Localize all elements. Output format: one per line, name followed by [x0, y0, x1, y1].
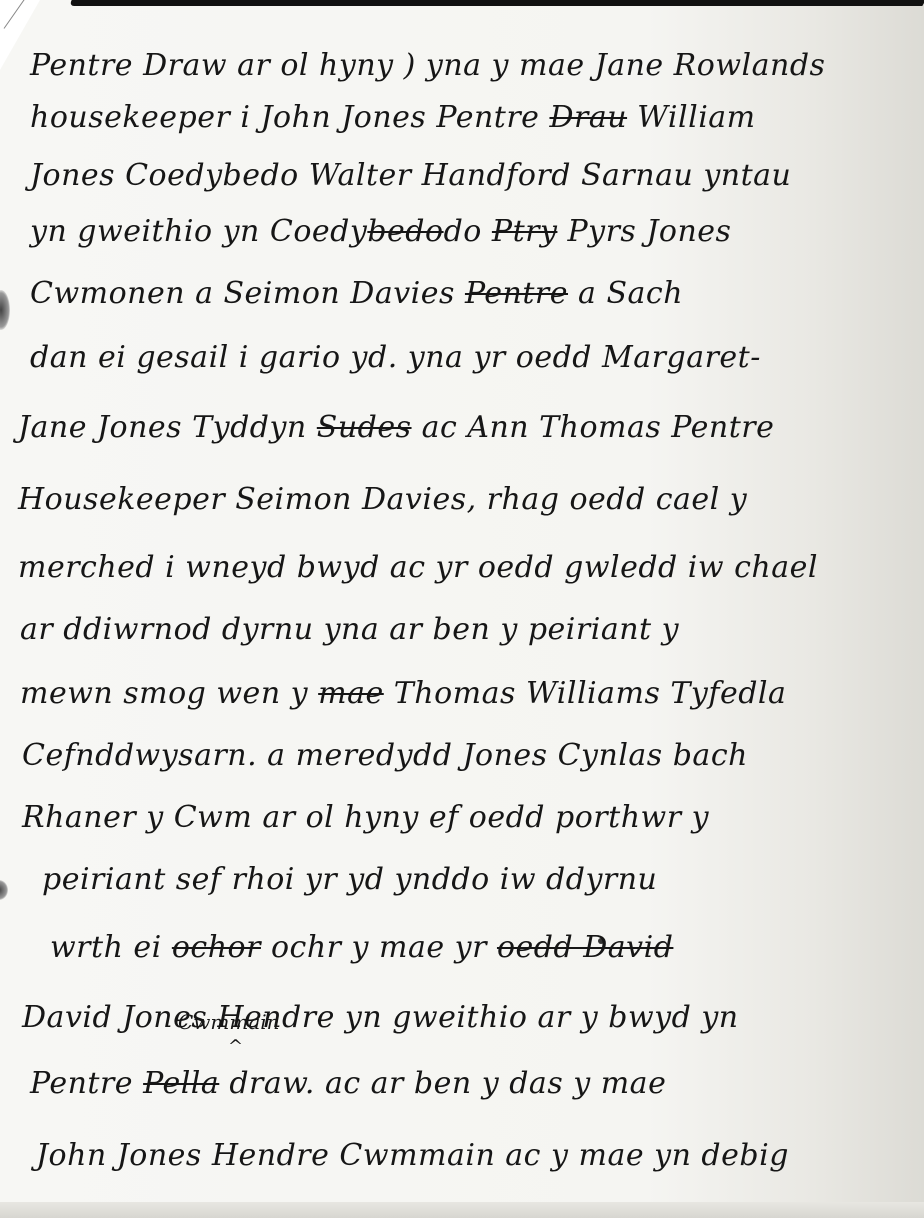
text-segment: Thomas Williams Tyfedla [384, 676, 787, 711]
text-segment: David Jones Hendre yn gweithio ar y bwyd… [22, 1000, 739, 1035]
struck-text: bedo [367, 214, 443, 249]
text-segment: Jane Jones Tyddyn [18, 410, 317, 445]
struck-text: Ptry [492, 214, 558, 249]
text-line: Rhaner y Cwm ar ol hyny ef oedd porthwr … [22, 800, 709, 835]
text-segment: yn gweithio yn Coedy [30, 214, 367, 249]
page-top-shadow [68, 0, 924, 6]
text-line: ar ddiwrnod dyrnu yna ar ben y peiriant … [20, 612, 679, 647]
text-segment: do [444, 214, 492, 249]
struck-text: Sudes [317, 410, 412, 445]
text-line: John Jones Hendre Cwmmain ac y mae yn de… [36, 1138, 789, 1173]
text-segment: mewn smog wen y [20, 676, 318, 711]
text-line: Pentre Pella draw. ac ar ben y das y mae [30, 1066, 666, 1101]
text-line: Jane Jones Tyddyn Sudes ac Ann Thomas Pe… [18, 410, 774, 445]
text-line: yn gweithio yn Coedybedodo Ptry Pyrs Jon… [30, 214, 731, 249]
text-segment: wrth ei [50, 930, 172, 965]
punch-hole [0, 290, 10, 330]
text-line: housekeeper i John Jones Pentre Drau Wil… [30, 100, 756, 135]
punch-hole [0, 880, 8, 900]
text-segment: peiriant sef rhoi yr yd ynddo iw ddyrnu [42, 862, 657, 897]
text-line: Pentre Draw ar ol hyny ) yna y mae Jane … [30, 48, 825, 83]
insertion-caret: ^ [228, 1036, 243, 1057]
page-bottom-edge [0, 1202, 924, 1218]
text-segment: Jones Coedybedo Walter Handford Sarnau y… [30, 158, 791, 193]
struck-text: oedd David [497, 930, 673, 965]
struck-text: Pella [143, 1066, 219, 1101]
text-segment: Pyrs Jones [557, 214, 731, 249]
text-segment: Pentre Draw ar ol hyny ) yna y mae Jane … [30, 48, 825, 83]
text-segment: Pentre [30, 1066, 143, 1101]
text-segment: merched i wneyd bwyd ac yr oedd gwledd i… [18, 550, 818, 585]
struck-text: Drau [549, 100, 627, 135]
text-segment: draw. ac ar ben y das y mae [219, 1066, 666, 1101]
text-line: dan ei gesail i gario yd. yna yr oedd Ma… [30, 340, 761, 375]
text-segment: a Sach [568, 276, 683, 311]
text-line: David Jones Hendre yn gweithio ar y bwyd… [22, 1000, 739, 1035]
text-segment: ochr y mae yr [261, 930, 497, 965]
text-segment: ac Ann Thomas Pentre [412, 410, 775, 445]
struck-text: mae [318, 676, 384, 711]
text-line: Cwmonen a Seimon Davies Pentre a Sach [30, 276, 683, 311]
text-line: wrth ei ochor ochr y mae yr oedd David [50, 930, 673, 965]
text-segment: Cwmonen a Seimon Davies [30, 276, 465, 311]
text-segment: Rhaner y Cwm ar ol hyny ef oedd porthwr … [22, 800, 709, 835]
text-segment: Cefnddwysarn. a meredydd Jones Cynlas ba… [22, 738, 748, 773]
text-line: Cefnddwysarn. a meredydd Jones Cynlas ba… [22, 738, 748, 773]
text-segment: William [627, 100, 756, 135]
text-line: peiriant sef rhoi yr yd ynddo iw ddyrnu [42, 862, 657, 897]
text-line: Housekeeper Seimon Davies, rhag oedd cae… [18, 482, 747, 517]
struck-text: ochor [172, 930, 261, 965]
text-line: merched i wneyd bwyd ac yr oedd gwledd i… [18, 550, 818, 585]
text-segment: John Jones Hendre Cwmmain ac y mae yn de… [36, 1138, 789, 1173]
struck-text: Pentre [465, 276, 568, 311]
inserted-word: Cwmmain [178, 1010, 280, 1034]
text-segment: Housekeeper Seimon Davies, rhag oedd cae… [18, 482, 747, 517]
text-line: Jones Coedybedo Walter Handford Sarnau y… [30, 158, 791, 193]
text-segment: ar ddiwrnod dyrnu yna ar ben y peiriant … [20, 612, 679, 647]
scanned-page: Pentre Draw ar ol hyny ) yna y mae Jane … [0, 0, 924, 1218]
text-segment: dan ei gesail i gario yd. yna yr oedd Ma… [30, 340, 761, 375]
text-line: mewn smog wen y mae Thomas Williams Tyfe… [20, 676, 786, 711]
text-segment: housekeeper i John Jones Pentre [30, 100, 549, 135]
